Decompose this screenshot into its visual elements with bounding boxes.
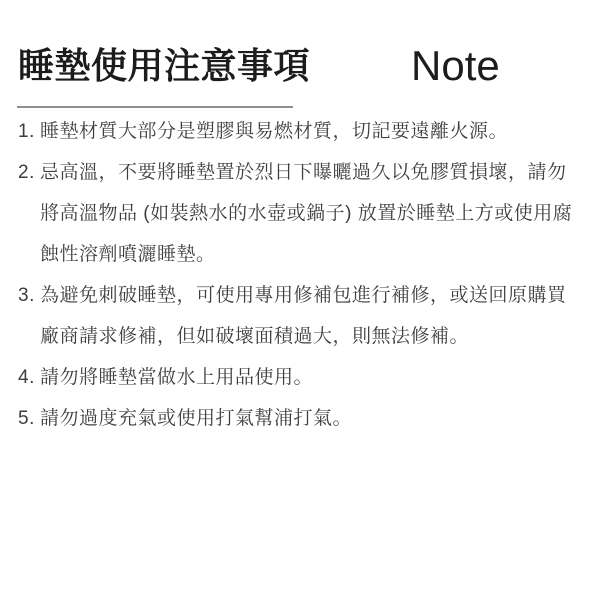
title-underline	[17, 106, 293, 108]
item-text: 請勿過度充氣或使用打氣幫浦打氣。	[40, 398, 584, 439]
item-number: 1.	[18, 111, 40, 152]
list-item: 5.請勿過度充氣或使用打氣幫浦打氣。	[18, 398, 584, 439]
item-text: 為避免刺破睡墊，可使用專用修補包進行補修，或送回原購買廠商請求修補，但如破壞面積…	[40, 275, 584, 357]
list-item: 4.請勿將睡墊當做水上用品使用。	[18, 357, 584, 398]
notice-page: 睡墊使用注意事項 Note 1.睡墊材質大部分是塑膠與易燃材質，切記要遠離火源。…	[0, 0, 600, 600]
item-text: 睡墊材質大部分是塑膠與易燃材質，切記要遠離火源。	[40, 111, 584, 152]
item-number: 2.	[18, 152, 40, 193]
list-item: 1.睡墊材質大部分是塑膠與易燃材質，切記要遠離火源。	[18, 111, 584, 152]
list-item: 2.忌高溫，不要將睡墊置於烈日下曝曬過久以免膠質損壞，請勿將高溫物品 (如裝熱水…	[18, 152, 584, 275]
item-number: 4.	[18, 357, 40, 398]
item-text: 請勿將睡墊當做水上用品使用。	[40, 357, 584, 398]
precautions-list: 1.睡墊材質大部分是塑膠與易燃材質，切記要遠離火源。2.忌高溫，不要將睡墊置於烈…	[18, 111, 584, 439]
list-item: 3.為避免刺破睡墊，可使用專用修補包進行補修，或送回原購買廠商請求修補，但如破壞…	[18, 275, 584, 357]
item-number: 5.	[18, 398, 40, 439]
page-title: 睡墊使用注意事項	[18, 44, 310, 88]
item-number: 3.	[18, 275, 40, 316]
note-label: Note	[411, 42, 500, 90]
item-text: 忌高溫，不要將睡墊置於烈日下曝曬過久以免膠質損壞，請勿將高溫物品 (如裝熱水的水…	[40, 152, 584, 275]
